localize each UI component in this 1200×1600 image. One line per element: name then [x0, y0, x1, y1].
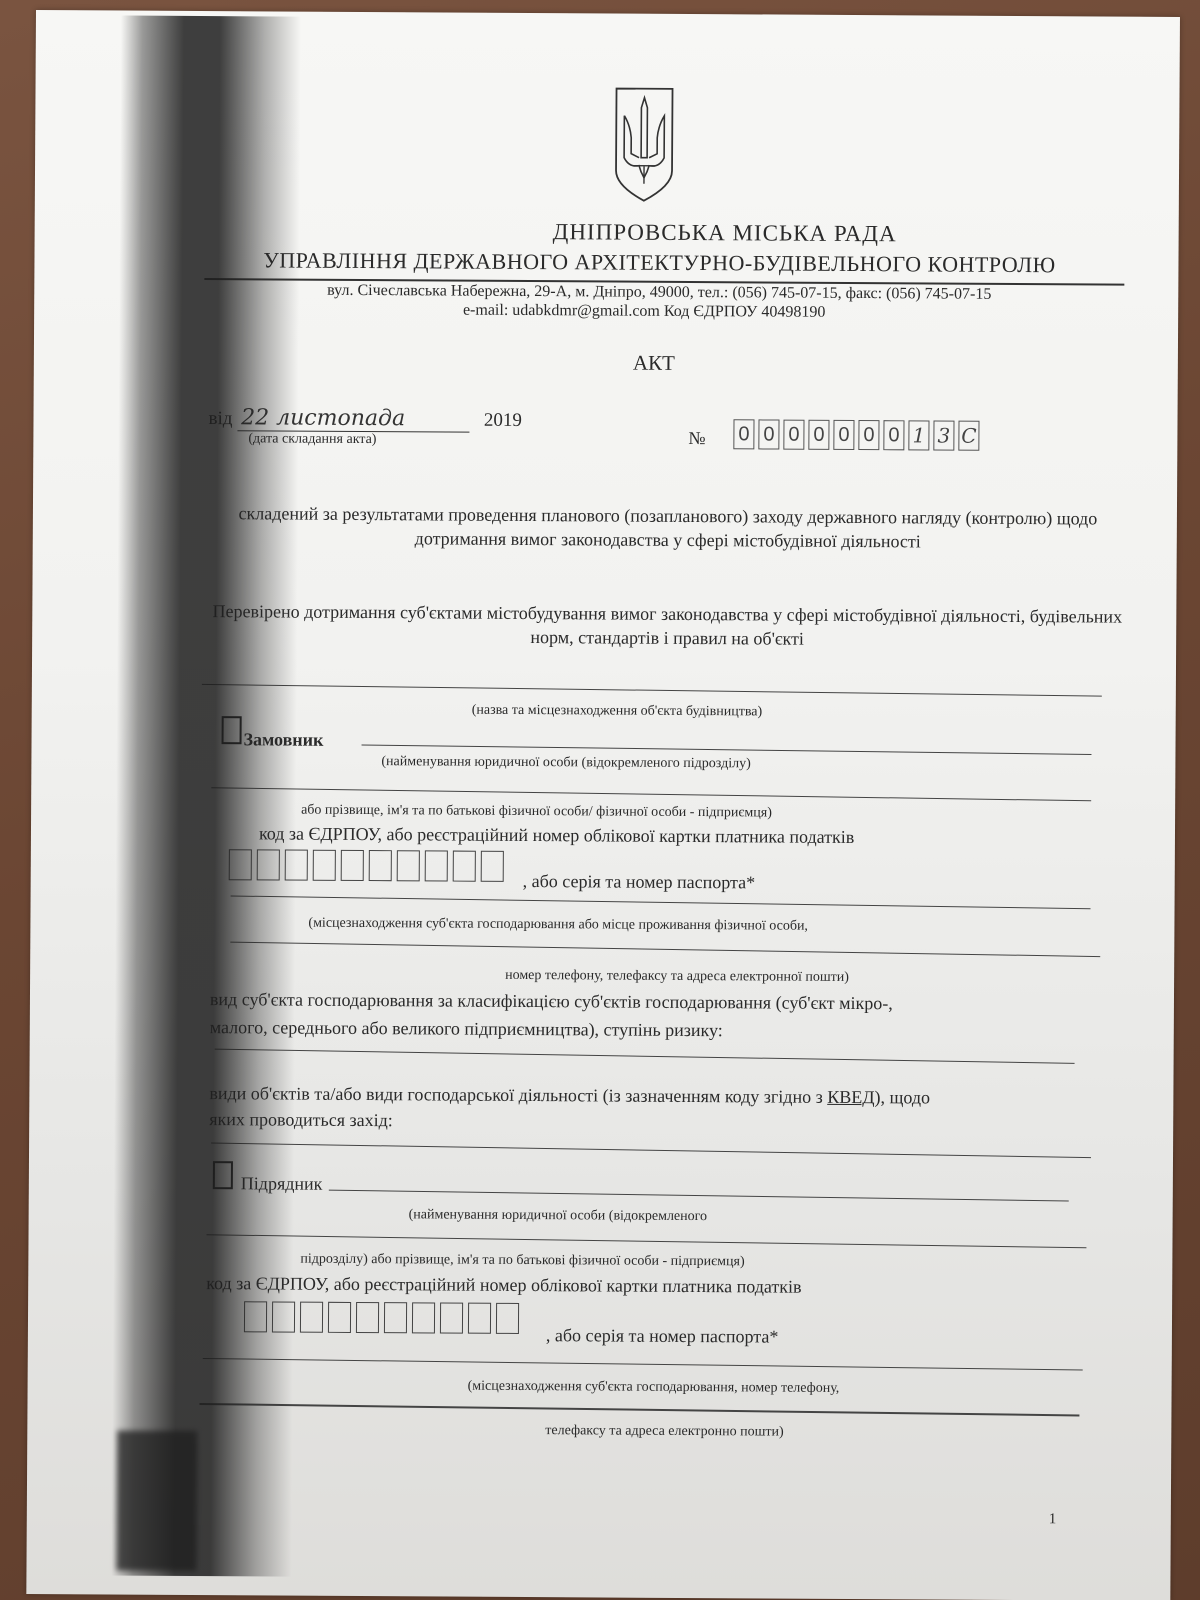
act-number-label: № — [688, 428, 705, 449]
act-number-digit-box[interactable]: 1 — [908, 420, 929, 450]
object-name-field[interactable] — [202, 684, 1102, 697]
contractor-code-digit-box[interactable] — [468, 1303, 491, 1334]
act-date: від 22 листопада 2019 — [208, 405, 522, 433]
customer-code-label: код за ЄДРПОУ, або реєстраційний номер о… — [259, 823, 854, 848]
customer-location-field[interactable] — [231, 895, 1091, 909]
scanner-toner-mark — [116, 1431, 197, 1571]
contractor-person-field[interactable] — [207, 1234, 1087, 1248]
organization-name: ДНІПРОВСЬКА МІСЬКА РАДА — [425, 218, 1025, 248]
ukraine-trident-emblem-icon — [613, 86, 676, 204]
customer-person-caption: або прізвище, ім'я та по батькові фізичн… — [301, 803, 772, 822]
document-page: ДНІПРОВСЬКА МІСЬКА РАДА УПРАВЛІННЯ ДЕРЖА… — [26, 10, 1180, 1600]
contractor-code-digit-box[interactable] — [412, 1302, 435, 1333]
customer-name-field[interactable] — [362, 744, 1092, 755]
contractor-name-field[interactable] — [329, 1190, 1069, 1202]
customer-code-digit-box[interactable] — [229, 849, 252, 880]
customer-type-text-1: вид суб'єкта господарювання за класифіка… — [210, 989, 1090, 1015]
contractor-label: Підрядник — [241, 1173, 323, 1194]
contractor-location-field[interactable] — [203, 1358, 1083, 1371]
customer-location-caption: (місцезнаходження суб'єкта господарюванн… — [308, 916, 808, 935]
header-contacts: e-mail: udabkdmr@gmail.com Код ЄДРПОУ 40… — [294, 301, 994, 323]
act-number-digit-box[interactable]: 0 — [758, 419, 779, 449]
document-title: АКТ — [579, 350, 729, 376]
customer-passport-label: , або серія та номер паспорта* — [523, 871, 756, 893]
act-number-digit-box[interactable]: 0 — [858, 420, 879, 450]
customer-code-digit-box[interactable] — [313, 850, 336, 881]
customer-contacts-field[interactable] — [230, 942, 1100, 957]
customer-person-field[interactable] — [211, 787, 1091, 801]
contractor-code-digit-box[interactable] — [440, 1302, 463, 1333]
department-name: УПРАВЛІННЯ ДЕРЖАВНОГО АРХІТЕКТУРНО-БУДІВ… — [199, 247, 1119, 279]
contractor-code-digit-box[interactable] — [272, 1301, 295, 1332]
date-handwritten-field[interactable]: 22 листопада — [237, 405, 469, 432]
contractor-code-digit-box[interactable] — [300, 1302, 323, 1333]
contractor-passport-label: , або серія та номер паспорта* — [546, 1325, 779, 1347]
customer-activity-text-2: яких проводиться захід: — [209, 1109, 393, 1131]
object-caption: (назва та місцезнаходження об'єкта будів… — [472, 703, 763, 721]
customer-label: Замовник — [243, 729, 323, 750]
customer-code-digit-box[interactable] — [341, 850, 364, 881]
act-number-digit-box[interactable]: 0 — [733, 419, 754, 449]
date-year: 2019 — [484, 410, 522, 431]
contractor-name-caption: (найменування юридичної особи (відокремл… — [409, 1207, 707, 1225]
date-prefix: від — [208, 408, 232, 429]
date-caption: (дата складання акта) — [248, 431, 376, 448]
contractor-contacts-caption: телефаксу та адреса електронно пошти) — [545, 1423, 783, 1440]
act-number-digit-box[interactable]: 0 — [783, 420, 804, 450]
contractor-location-caption: (місцезнаходження суб'єкта господарюванн… — [468, 1379, 840, 1397]
act-number-digit-box[interactable]: 3 — [933, 420, 954, 450]
customer-contacts-caption: номер телефону, телефаксу та адреса елек… — [505, 968, 849, 986]
customer-code-digit-box[interactable] — [369, 850, 392, 881]
act-number-field[interactable]: 000000013С — [733, 419, 979, 451]
contractor-code-digit-box[interactable] — [356, 1302, 379, 1333]
act-number-digit-box[interactable]: 0 — [833, 420, 854, 450]
contractor-person-caption: підрозділу) або прізвище, ім'я та по бат… — [300, 1252, 744, 1271]
contractor-contacts-field[interactable] — [199, 1403, 1079, 1417]
customer-code-digit-box[interactable] — [257, 849, 280, 880]
customer-activity-field[interactable] — [211, 1142, 1091, 1158]
contractor-code-digit-box[interactable] — [328, 1302, 351, 1333]
contractor-code-digit-box[interactable] — [496, 1303, 519, 1334]
customer-code-digit-box[interactable] — [481, 851, 504, 882]
customer-code-field[interactable] — [229, 849, 504, 882]
act-purpose-text: складений за результатами проведення пла… — [208, 501, 1128, 555]
act-number-digit-box[interactable]: 0 — [883, 420, 904, 450]
customer-code-digit-box[interactable] — [397, 850, 420, 881]
contractor-code-digit-box[interactable] — [384, 1302, 407, 1333]
kved-link: КВЕД — [827, 1087, 874, 1107]
page-number: 1 — [1049, 1511, 1057, 1528]
contractor-code-label: код за ЄДРПОУ, або реєстраційний номер о… — [206, 1273, 801, 1298]
act-number-digit-box[interactable]: 0 — [808, 420, 829, 450]
customer-type-text-2: малого, середнього або великого підприєм… — [210, 1017, 1090, 1043]
contractor-code-digit-box[interactable] — [244, 1301, 267, 1332]
customer-code-digit-box[interactable] — [425, 850, 448, 881]
customer-risk-field[interactable] — [215, 1049, 1075, 1064]
contractor-checkbox[interactable] — [213, 1161, 233, 1189]
customer-name-caption: (найменування юридичної особи (відокремл… — [381, 754, 750, 772]
customer-code-digit-box[interactable] — [453, 851, 476, 882]
customer-code-digit-box[interactable] — [285, 850, 308, 881]
inspection-scope-text: Перевірено дотримання суб'єктами містобу… — [207, 599, 1127, 653]
act-number-digit-box[interactable]: С — [958, 421, 979, 451]
contractor-code-field[interactable] — [244, 1301, 519, 1334]
customer-checkbox[interactable] — [222, 716, 242, 744]
customer-activity-text-1: види об'єктів та/або види господарської … — [209, 1083, 1109, 1109]
